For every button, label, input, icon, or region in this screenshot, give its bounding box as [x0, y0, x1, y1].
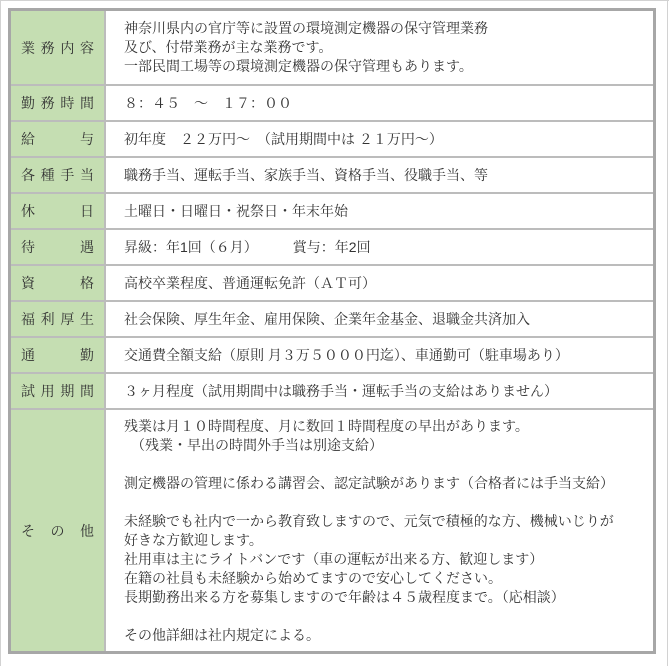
row-probation-period: 試用期間 ３ヶ月程度（試用期間中は職務手当・運転手当の支給はありません） [11, 374, 653, 410]
row-label: 資格 [21, 273, 94, 293]
row-qualifications: 資格 高校卒業程度、普通運転免許（ＡＴ可） [11, 266, 653, 302]
content-cell-job-description: 神奈川県内の官庁等に設置の環境測定機器の保守管理業務 及び、付帯業務が主な業務で… [106, 11, 653, 84]
content-line: 社会保険、厚生年金、雇用保険、企業年金基金、退職金共済加入 [124, 310, 641, 329]
row-commuting: 通勤 交通費全額支給（原則 月３万５０００円迄）、車通勤可（駐車場あり） [11, 338, 653, 374]
content-line: 好きな方歓迎します。 [124, 531, 641, 550]
job-info-table: 業務内容 神奈川県内の官庁等に設置の環境測定機器の保守管理業務 及び、付帯業務が… [8, 8, 656, 654]
content-cell-probation-period: ３ヶ月程度（試用期間中は職務手当・運転手当の支給はありません） [106, 374, 653, 408]
row-label: 勤務時間 [21, 93, 94, 113]
row-welfare-benefits: 福利厚生 社会保険、厚生年金、雇用保険、企業年金基金、退職金共済加入 [11, 302, 653, 338]
content-line: 高校卒業程度、普通運転免許（ＡＴ可） [124, 274, 641, 293]
row-other: その他 残業は月１０時間程度、月に数回１時間程度の早出があります。 （残業・早出… [11, 410, 653, 651]
content-line: ３ヶ月程度（試用期間中は職務手当・運転手当の支給はありません） [124, 382, 641, 401]
content-line: 測定機器の管理に係わる講習会、認定試験があります（合格者には手当支給） [124, 474, 641, 493]
row-label: 休日 [21, 201, 94, 221]
content-line: 残業は月１０時間程度、月に数回１時間程度の早出があります。 [124, 417, 641, 436]
content-line: ８：４５ ～ １７：００ [124, 94, 641, 113]
page-left-hairline [0, 0, 1, 666]
row-label: 通勤 [21, 345, 94, 365]
content-cell-working-hours: ８：４５ ～ １７：００ [106, 86, 653, 120]
content-cell-qualifications: 高校卒業程度、普通運転免許（ＡＴ可） [106, 266, 653, 300]
content-line: 土曜日・日曜日・祝祭日・年末年始 [124, 202, 641, 221]
content-cell-commuting: 交通費全額支給（原則 月３万５０００円迄）、車通勤可（駐車場あり） [106, 338, 653, 372]
content-line: 初年度 ２２万円～ （試用期間中は ２１万円～） [124, 130, 641, 149]
label-cell-welfare-benefits: 福利厚生 [11, 302, 106, 336]
row-job-description: 業務内容 神奈川県内の官庁等に設置の環境測定機器の保守管理業務 及び、付帯業務が… [11, 11, 653, 86]
row-allowances: 各種手当 職務手当、運転手当、家族手当、資格手当、役職手当、等 [11, 158, 653, 194]
content-line [124, 493, 641, 512]
label-cell-holidays: 休日 [11, 194, 106, 228]
row-label: 各種手当 [21, 165, 94, 185]
label-cell-job-description: 業務内容 [11, 11, 106, 84]
content-line [124, 607, 641, 626]
row-holidays: 休日 土曜日・日曜日・祝祭日・年末年始 [11, 194, 653, 230]
row-salary: 給与 初年度 ２２万円～ （試用期間中は ２１万円～） [11, 122, 653, 158]
content-line: 社用車は主にライトバンです（車の運転が出来る方、歓迎します） [124, 550, 641, 569]
label-cell-working-hours: 勤務時間 [11, 86, 106, 120]
content-line: （残業・早出の時間外手当は別途支給） [124, 436, 641, 455]
content-cell-salary: 初年度 ２２万円～ （試用期間中は ２１万円～） [106, 122, 653, 156]
label-cell-commuting: 通勤 [11, 338, 106, 372]
label-cell-treatment: 待遇 [11, 230, 106, 264]
page: 業務内容 神奈川県内の官庁等に設置の環境測定機器の保守管理業務 及び、付帯業務が… [0, 0, 669, 666]
content-line: 未経験でも社内で一から教育致しますので、元気で積極的な方、機械いじりが [124, 512, 641, 531]
label-cell-probation-period: 試用期間 [11, 374, 106, 408]
content-cell-other: 残業は月１０時間程度、月に数回１時間程度の早出があります。 （残業・早出の時間外… [106, 410, 653, 651]
row-label: 業務内容 [21, 38, 94, 58]
label-cell-salary: 給与 [11, 122, 106, 156]
content-line: 昇級：年1回（６月） 賞与：年2回 [124, 238, 641, 257]
page-right-hairline [667, 0, 668, 666]
content-cell-holidays: 土曜日・日曜日・祝祭日・年末年始 [106, 194, 653, 228]
row-label: 試用期間 [21, 381, 94, 401]
label-cell-qualifications: 資格 [11, 266, 106, 300]
row-treatment: 待遇 昇級：年1回（６月） 賞与：年2回 [11, 230, 653, 266]
page-top-hairline [0, 0, 669, 1]
content-line: その他詳細は社内規定による。 [124, 626, 641, 645]
row-label: その他 [21, 521, 94, 541]
label-cell-allowances: 各種手当 [11, 158, 106, 192]
row-label: 待遇 [21, 237, 94, 257]
content-line: 長期勤務出来る方を募集しますので年齢は４５歳程度まで。（応相談） [124, 588, 641, 607]
content-line: 神奈川県内の官庁等に設置の環境測定機器の保守管理業務 [124, 19, 641, 38]
content-line: 交通費全額支給（原則 月３万５０００円迄）、車通勤可（駐車場あり） [124, 346, 641, 365]
content-cell-allowances: 職務手当、運転手当、家族手当、資格手当、役職手当、等 [106, 158, 653, 192]
row-label: 給与 [21, 129, 94, 149]
content-cell-treatment: 昇級：年1回（６月） 賞与：年2回 [106, 230, 653, 264]
row-label: 福利厚生 [21, 309, 94, 329]
content-line: 及び、付帯業務が主な業務です。 [124, 38, 641, 57]
row-working-hours: 勤務時間 ８：４５ ～ １７：００ [11, 86, 653, 122]
label-cell-other: その他 [11, 410, 106, 651]
content-line: 職務手当、運転手当、家族手当、資格手当、役職手当、等 [124, 166, 641, 185]
content-line: 一部民間工場等の環境測定機器の保守管理もあります。 [124, 57, 641, 76]
content-cell-welfare-benefits: 社会保険、厚生年金、雇用保険、企業年金基金、退職金共済加入 [106, 302, 653, 336]
content-line: 在籍の社員も未経験から始めてますので安心してください。 [124, 569, 641, 588]
content-line [124, 455, 641, 474]
